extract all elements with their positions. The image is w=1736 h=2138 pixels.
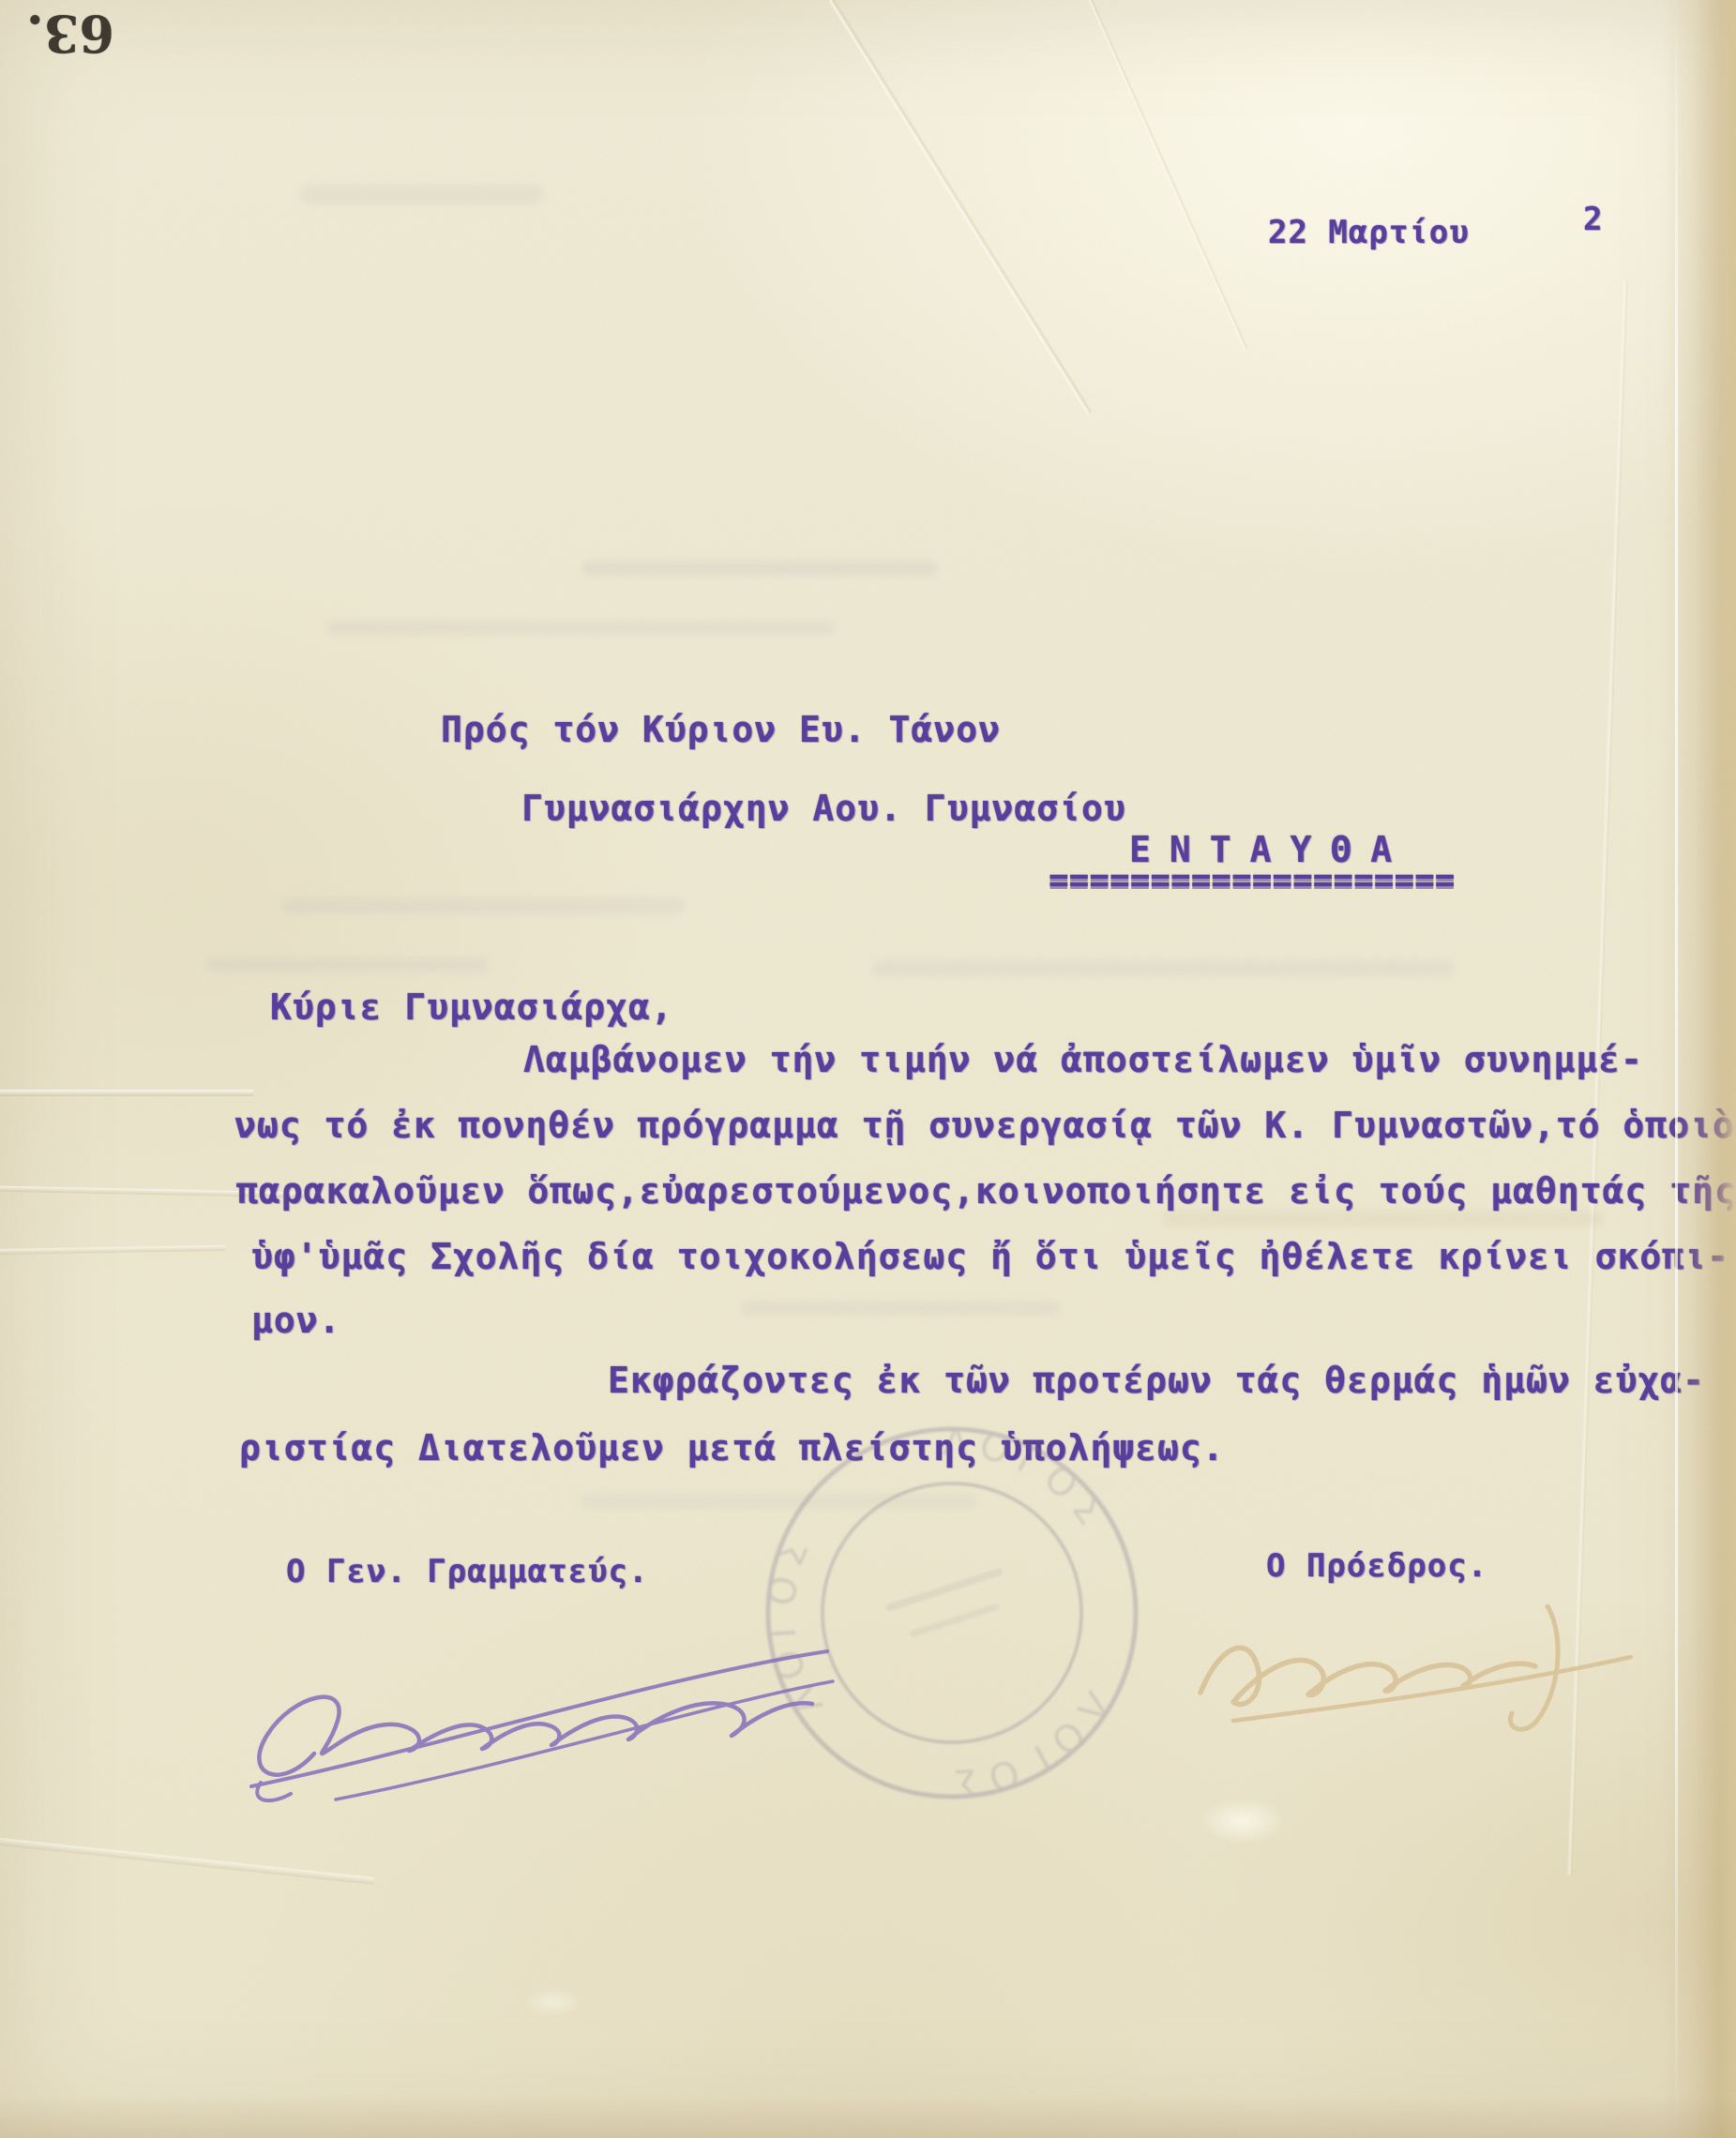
paper-bright-spot: [525, 1988, 581, 2016]
paper-bright-spot: [1200, 1799, 1285, 1844]
ghost-impression: [581, 1495, 975, 1508]
ghost-impression: [741, 1302, 1060, 1315]
body-line: μον.: [251, 1300, 341, 1341]
letter-date: 22 Μαρτίου: [1268, 214, 1470, 251]
crease-left-1: [0, 1090, 253, 1096]
recipient-line-1: Πρός τόν Κύριον Ευ. Τάνον: [441, 709, 1001, 750]
secretary-title: Ο Γεν. Γραμματεύς.: [286, 1553, 648, 1590]
body-line: Εκφράζοντες ἐκ τῶν προτέρων τάς θερμάς ἡ…: [608, 1360, 1705, 1401]
svg-text:ΛΟΓΟΣ: ΛΟΓΟΣ: [929, 1379, 1122, 1574]
scanned-letter-page: 63. 22 Μαρτίου 2 Πρός τόν Κύριον Ευ. Τάν…: [0, 0, 1736, 2138]
svg-text:ΛΟΓΟΣ: ΛΟΓΟΣ: [728, 1515, 872, 1725]
body-line: ριστίας Διατελοῦμεν μετά πλείστης ὑπολήψ…: [239, 1427, 1225, 1468]
ghost-impression: [328, 621, 835, 635]
ghost-impression: [281, 898, 685, 913]
body-line: παρακαλοῦμεν ὅπως,εὐαρεστούμενος,κοινοπο…: [236, 1170, 1736, 1212]
ghost-impression: [872, 961, 1454, 975]
page-number: 2: [1583, 201, 1603, 238]
ghost-impression: [206, 958, 488, 971]
body-line: Λαμβάνομεν τήν τιμήν νά ἀποστείλωμεν ὑμῖ…: [523, 1039, 1643, 1080]
ghost-impression: [581, 561, 938, 576]
crease-bottom-left: [0, 1836, 374, 1885]
paper-right-edge-highlight: [1675, 0, 1678, 2138]
paper-right-edge: [1663, 0, 1736, 2138]
paper-bottom-shadow: [0, 2095, 1736, 2138]
body-line: νως τό ἐκ πονηθέν πρόγραμμα τῇ συνεργασί…: [234, 1105, 1736, 1146]
salutation: Κύριε Γυμνασιάρχα,: [270, 986, 673, 1028]
president-title: Ο Πρόεδρος.: [1266, 1547, 1487, 1585]
crease-top-right-2: [1083, 0, 1248, 350]
stamp-ring-text: ΛΟΓΟΣ: [929, 1379, 1122, 1574]
stamp-center-mark: [885, 1567, 1004, 1612]
stamp-ring-text: ΛΟΓΟΣ: [923, 1676, 1133, 1815]
body-line: ὑφ'ὑμᾶς Σχολῆς δία τοιχοκολήσεως ἤ ὅτι ὑ…: [251, 1236, 1729, 1277]
archive-number: 63.: [26, 4, 114, 64]
president-signature: [1177, 1580, 1665, 1749]
crease-top-right: [828, 0, 1093, 415]
stamp-ring-text: ΛΟΓΟΣ: [728, 1515, 872, 1725]
stamp-inner-ring: [789, 1450, 1115, 1776]
recipient-line-2: Γυμνασιάρχην Αου. Γυμνασίου: [521, 788, 1126, 829]
pencil-smudge: [300, 184, 544, 204]
recipient-underline: ====================: [1049, 861, 1455, 899]
svg-text:ΛΟΓΟΣ: ΛΟΓΟΣ: [923, 1676, 1133, 1815]
ghost-impression: [1163, 1212, 1604, 1226]
crease-left-3: [0, 1245, 225, 1255]
secretary-signature: [225, 1561, 844, 1814]
stamp-center-mark: [909, 1603, 1000, 1638]
